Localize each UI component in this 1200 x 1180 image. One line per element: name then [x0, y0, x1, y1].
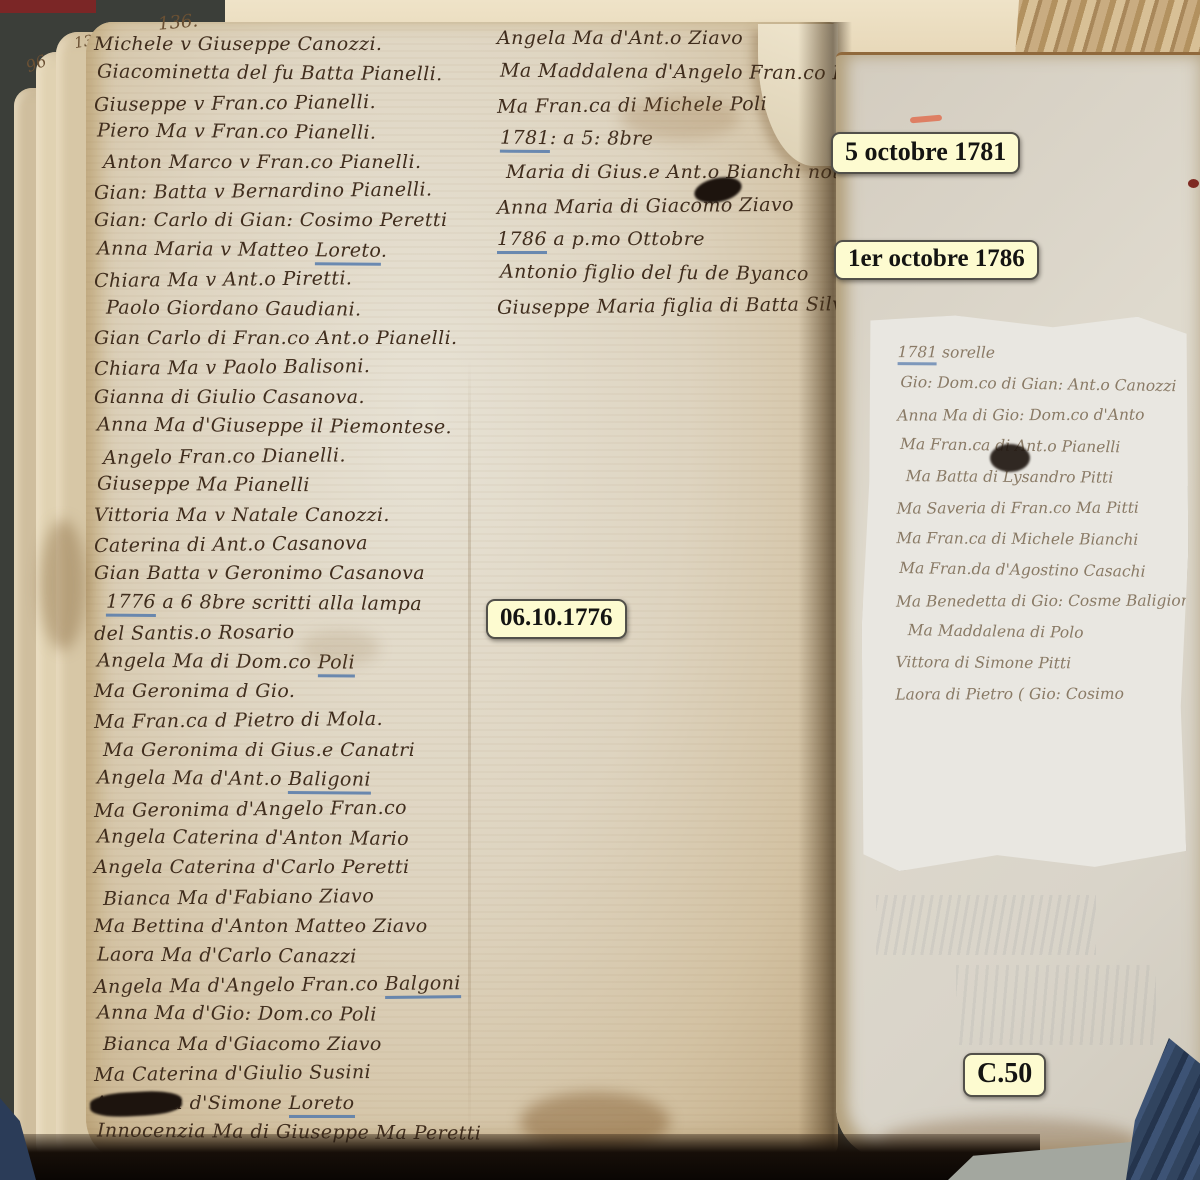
- annotation-label-1786: 1er octobre 1786: [834, 240, 1039, 280]
- manuscript-line: Angela Caterina d'Carlo Peretti: [94, 853, 474, 882]
- blue-underlined-word: 1786: [497, 228, 547, 254]
- manuscript-line: Anna Ma d'Gio: Dom.co Poli: [97, 999, 477, 1031]
- manuscript-line: Michele v Giuseppe Canozzi.: [94, 30, 474, 59]
- manuscript-line: Anna Ma di Gio: Dom.co d'Anto: [897, 400, 1177, 432]
- manuscript-line: Ma Fran.ca di Michele Bianchi: [896, 523, 1176, 556]
- manuscript-line: Giacominetta del fu Batta Pianelli.: [97, 58, 477, 90]
- manuscript-line: 1781 sorelle: [898, 337, 1178, 370]
- bleedthrough-smudge: [956, 965, 1156, 1045]
- blue-underlined-word: 1776: [106, 590, 156, 616]
- manuscript-line: Gian: Carlo di Gian: Cosimo Peretti: [94, 206, 474, 235]
- blue-underlined-word: Baligoni: [288, 768, 371, 795]
- manuscript-line: Angela Ma d'Ant.o Baligoni: [97, 764, 477, 796]
- manuscript-line: Angelo Fran.co Dianelli.: [103, 440, 474, 473]
- manuscript-line: Ma Maddalena di Polo: [908, 615, 1179, 650]
- manuscript-line: Laora di Pietro ( Gio: Cosimo: [895, 679, 1175, 711]
- manuscript-line: Ma Fran.da d'Agostino Casachi: [899, 553, 1179, 588]
- blue-underlined-word: 1781: [898, 343, 938, 365]
- manuscript-line: Giuseppe Maria figlia di Batta Silva: [497, 288, 847, 325]
- blue-underlined-word: Loreto: [315, 239, 381, 266]
- manuscript-line: Angela Ma d'Ant.o Ziavo: [497, 22, 847, 56]
- manuscript-line: Ma Geronima di Gius.e Canatri: [103, 736, 474, 765]
- manuscript-line: del Santis.o Rosario: [94, 616, 474, 649]
- attached-note: 1781 sorelleGio: Dom.co di Gian: Ant.o C…: [860, 315, 1190, 873]
- manuscript-line: Gian: Batta v Bernardino Pianelli.: [94, 175, 474, 208]
- manuscript-line: Angela Ma d'Angelo Fran.co Balgoni: [94, 969, 474, 1002]
- manuscript-line: Vittoria Ma v Natale Canozzi.: [94, 501, 474, 530]
- manuscript-line: Ma Caterina d'Giulio Susini: [94, 1057, 474, 1090]
- manuscript-line: Anna Maria di Giacomo Ziavo: [497, 188, 847, 225]
- ink-blot: [990, 444, 1030, 472]
- table-shadow: [0, 1134, 1040, 1180]
- annotation-label-1781: 5 octobre 1781: [831, 132, 1020, 174]
- manuscript-line: Gian Batta v Geronimo Casanova: [94, 559, 474, 588]
- manuscript-line: Ma Benedetta di Gio: Cosme Baligioni: [896, 586, 1176, 618]
- manuscript-line: Chiara Ma v Ant.o Piretti.: [94, 263, 474, 296]
- manuscript-line: Maria di Gius.e Ant.o Bianchi noto: [506, 156, 847, 190]
- manuscript-column-left: Michele v Giuseppe Canozzi.Giacominetta …: [94, 30, 474, 1147]
- manuscript-line: Piero Ma v Fran.co Pianelli.: [97, 117, 477, 149]
- manuscript-line: Gian Carlo di Fran.co Ant.o Pianelli.: [94, 324, 474, 353]
- manuscript-line: Anton Marco v Fran.co Pianelli.: [103, 148, 474, 177]
- manuscript-line: Giuseppe Ma Pianelli: [97, 470, 477, 502]
- manuscript-line: Ma Bettina d'Anton Matteo Ziavo: [94, 912, 474, 941]
- manuscript-line: Bianca Ma d'Giacomo Ziavo: [103, 1030, 474, 1059]
- manuscript-line: Ma Batta di Lysandro Pitti: [906, 461, 1177, 494]
- manuscript-line: Ma Geronima d Gio.: [94, 677, 474, 706]
- manuscript-line: Anna Maria v Matteo Loreto.: [97, 234, 477, 266]
- blue-underlined-word: Balgoni: [385, 972, 461, 999]
- manuscript-line: Anna Ma d'Giuseppe il Piemontese.: [97, 411, 477, 443]
- manuscript-line: Giuseppe v Fran.co Pianelli.: [94, 87, 474, 120]
- manuscript-line: Ma Saveria di Fran.co Ma Pitti: [897, 493, 1177, 525]
- paper-stain: [40, 520, 86, 650]
- manuscript-line: Laora Ma d'Carlo Canazzi: [97, 940, 477, 972]
- manuscript-line: 1776 a 6 8bre scritti alla lampa: [106, 587, 477, 619]
- note-lines: 1781 sorelleGio: Dom.co di Gian: Ant.o C…: [895, 337, 1178, 711]
- manuscript-line: Bianca Ma d'Fabiano Ziavo: [103, 881, 474, 914]
- red-cover-edge: [0, 0, 96, 13]
- manuscript-line: Ma Geronima d'Angelo Fran.co: [94, 793, 474, 826]
- manuscript-line: Angela Caterina d'Anton Mario: [97, 823, 477, 855]
- blue-underlined-word: 1781: [500, 126, 550, 152]
- manuscript-line: Gio: Dom.co di Gian: Ant.o Canozzi: [900, 367, 1180, 402]
- manuscript-column-right: Angela Ma d'Ant.o ZiavoMa Maddalena d'An…: [497, 22, 847, 324]
- paper-stain: [300, 630, 380, 666]
- manuscript-line: Chiara Ma v Paolo Balisoni.: [94, 351, 474, 384]
- annotation-label-c50: C.50: [963, 1053, 1046, 1097]
- manuscript-line: Vittora di Simone Pitti: [895, 647, 1175, 680]
- manuscript-line: Angela Ma di Dom.co Poli: [97, 646, 477, 678]
- manuscript-line: Caterina di Ant.o Casanova: [94, 528, 474, 561]
- red-mark: [1188, 179, 1199, 188]
- annotation-label-1776: 06.10.1776: [486, 599, 627, 639]
- bleedthrough-smudge: [876, 895, 1096, 955]
- manuscript-line: Paolo Giordano Gaudiani.: [106, 293, 477, 325]
- manuscript-line: Ma Fran.ca d Pietro di Mola.: [94, 704, 474, 737]
- manuscript-line: 1786 a p.mo Ottobre: [497, 223, 847, 257]
- archive-photo-scene: 96 134 136. Michele v Giuseppe Canozzi.G…: [0, 0, 1200, 1180]
- manuscript-line: Gianna di Giulio Casanova.: [94, 383, 474, 412]
- manuscript-line: Ma Fran.ca di Ant.o Pianelli: [900, 429, 1180, 464]
- blue-underlined-word: Loreto: [289, 1092, 355, 1118]
- paper-stain: [620, 96, 740, 140]
